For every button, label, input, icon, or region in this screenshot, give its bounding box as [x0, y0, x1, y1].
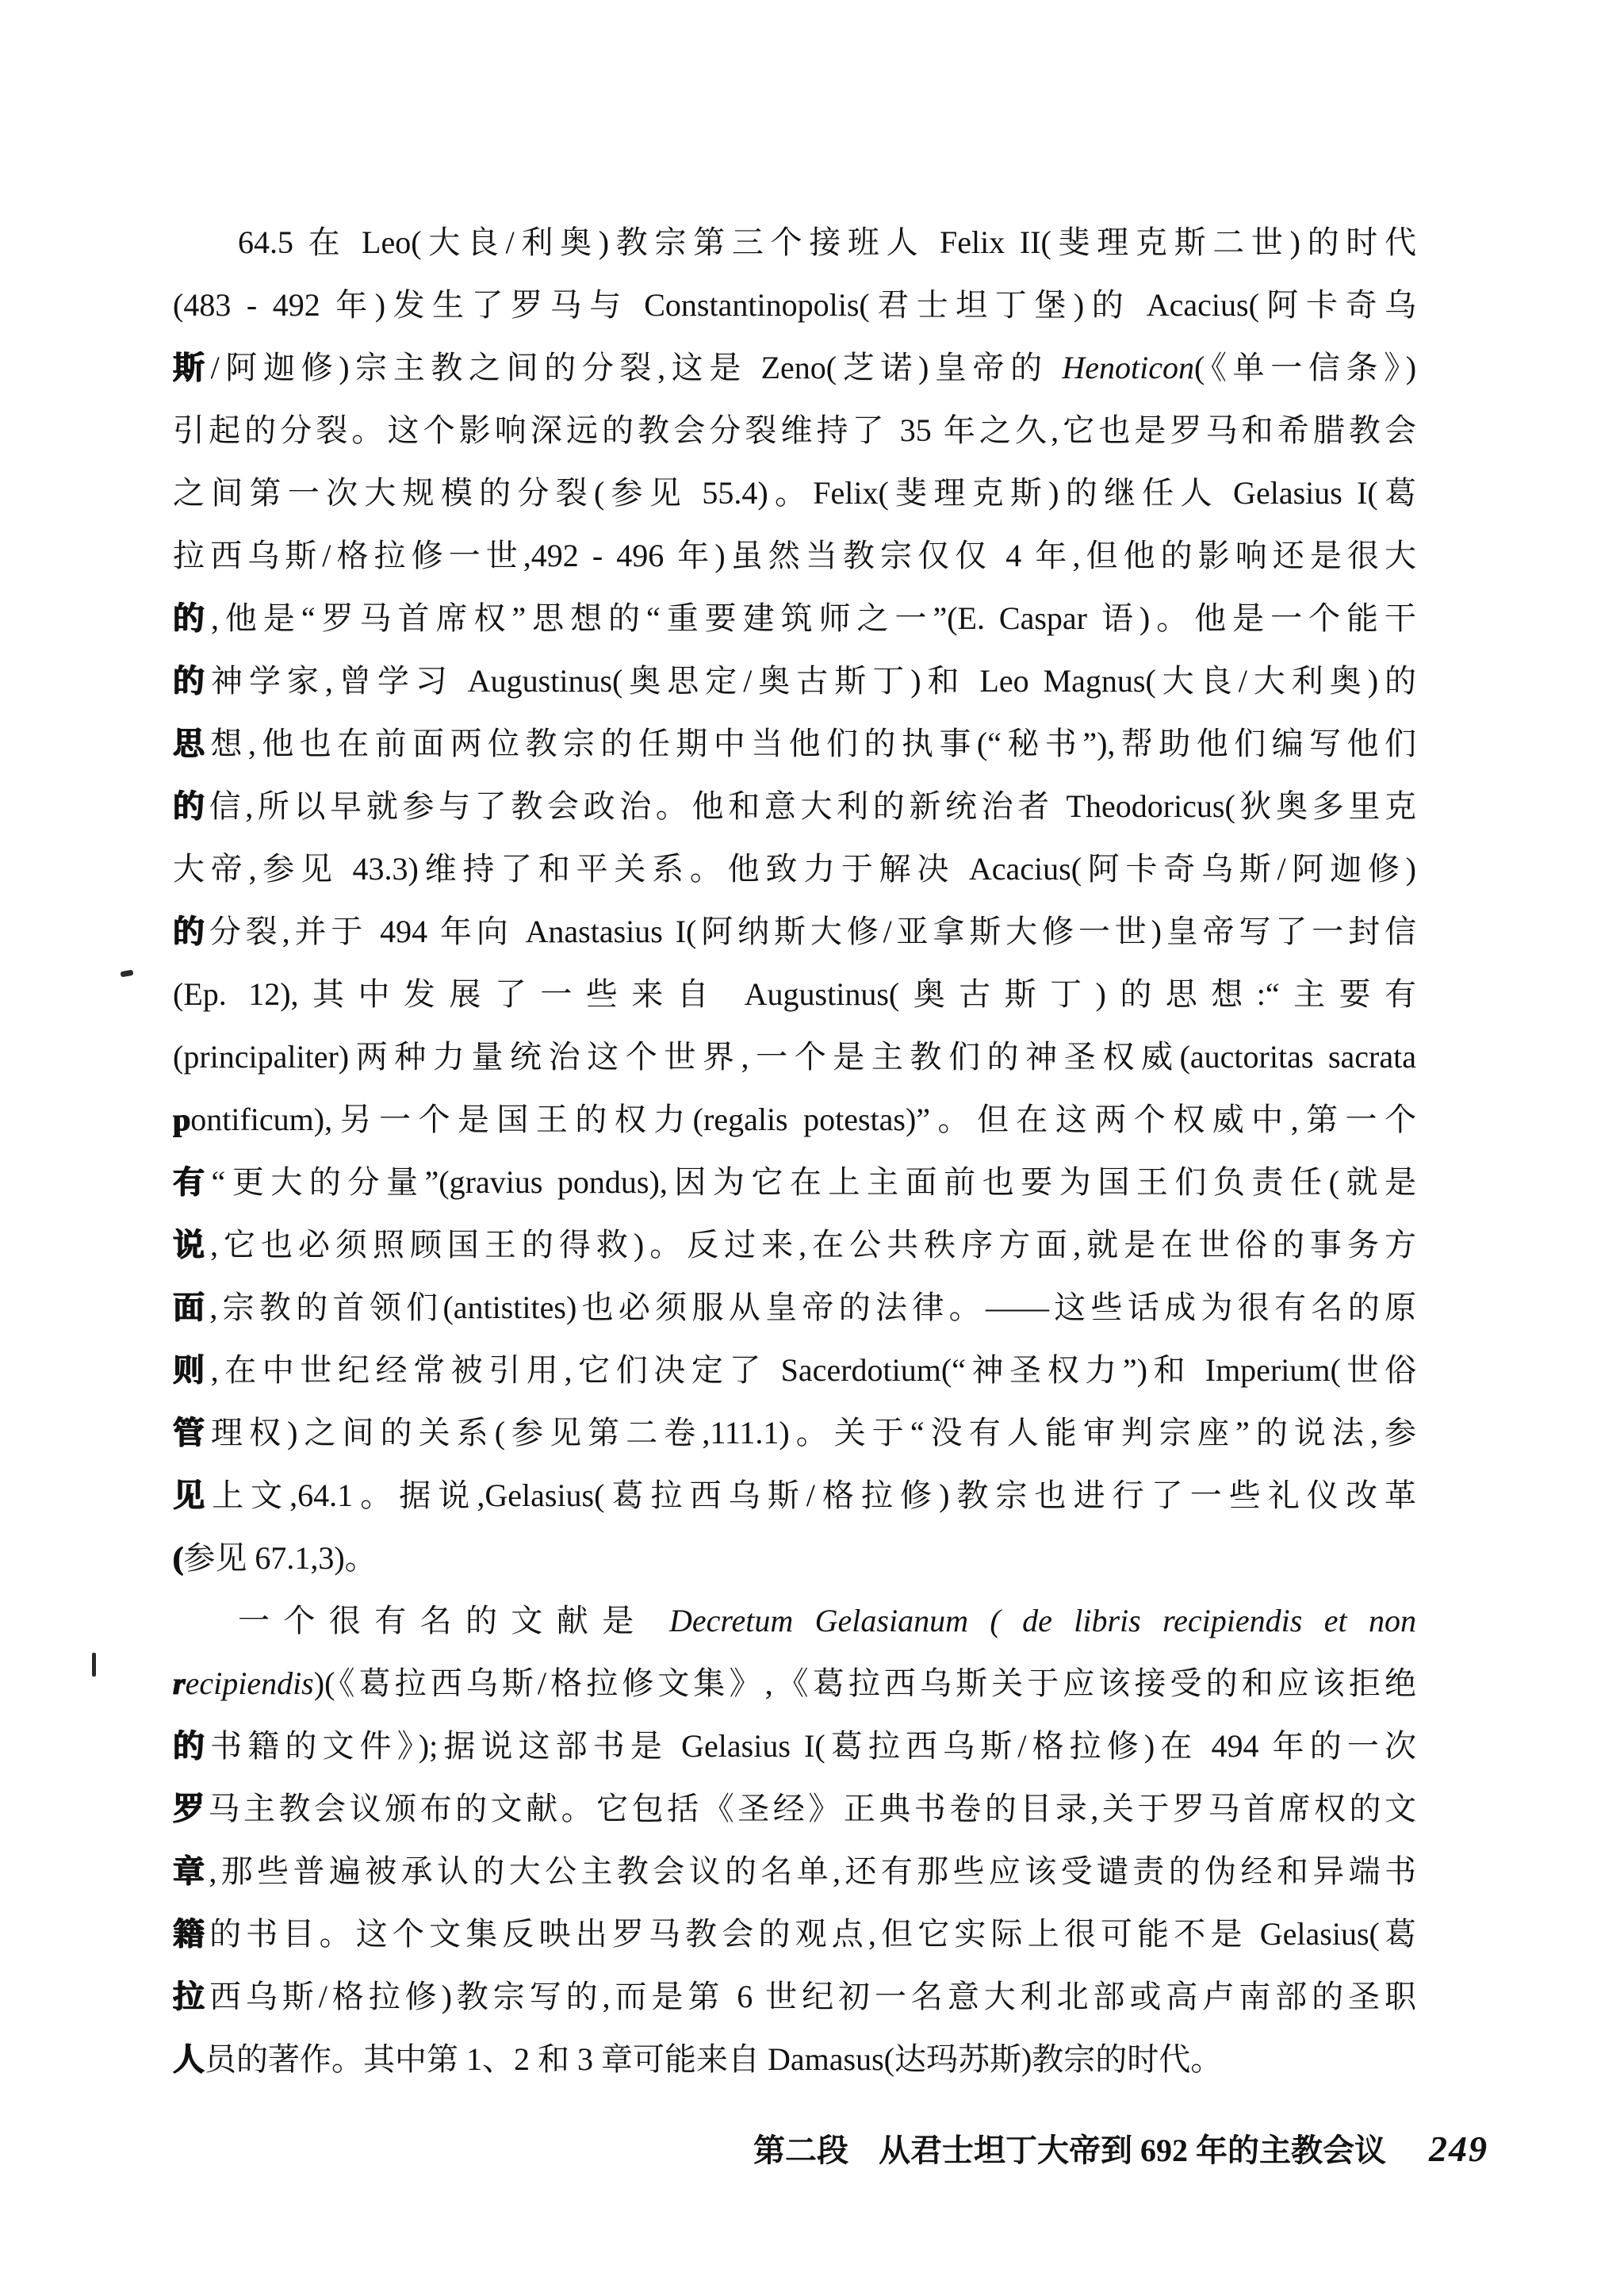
text-line-1: 64.5 在 Leo(大良/利奥)教宗第三个接班人 Felix II(斐理克斯二… [173, 211, 1416, 274]
text-line-14: (principaliter)两种力量统治这个世界,一个是主教们的神圣权威(au… [173, 1025, 1416, 1088]
heavy-ink-char: 管 [173, 1415, 211, 1450]
page-footer: 第二段 从君士坦丁大帝到 692 年的主教会议 249 [753, 2125, 1488, 2171]
heavy-ink-char: 思 [173, 726, 210, 761]
heavy-ink-char: 的 [173, 600, 211, 636]
heavy-ink-char: 面 [173, 1290, 209, 1325]
heavy-ink-char: 见 [173, 1477, 212, 1513]
text-line-3: 斯/阿迦修)宗主教之间的分裂,这是 Zeno(芝诺)皇帝的 Henoticon(… [173, 336, 1416, 399]
footer-section-label: 第二段 [753, 2125, 848, 2171]
heavy-ink-char: p [173, 1102, 190, 1137]
heavy-ink-char: 的 [173, 1728, 210, 1764]
heavy-ink-char: 说 [173, 1227, 210, 1263]
heavy-ink-char: 的 [173, 914, 209, 949]
heavy-ink-char: 有 [173, 1164, 212, 1200]
text-line-29: 拉西乌斯/格拉修)教宗写的,而是第 6 世纪初一名意大利北部或高卢南部的圣职 [173, 1965, 1416, 2028]
text-line-17: 说,它也必须照顾国王的得救)。反过来,在公共秩序方面,就是在世俗的事务方 [173, 1213, 1416, 1276]
text-line-8: 的神学家,曾学习 Augustinus(奥思定/奥古斯丁)和 Leo Magnu… [173, 650, 1416, 712]
text-line-26: 罗马主教会议颁布的文献。它包括《圣经》正典书卷的目录,关于罗马首席权的文 [173, 1777, 1416, 1840]
footer-section-title: 从君士坦丁大帝到 692 年的主教会议 [879, 2125, 1386, 2171]
heavy-ink-char: r [173, 1665, 186, 1701]
heavy-ink-char: 则 [173, 1352, 211, 1388]
heavy-ink-char: 斯 [173, 350, 211, 385]
text-line-20: 管理权)之间的关系(参见第二卷,111.1)。关于“没有人能审判宗座”的说法,参 [173, 1401, 1416, 1464]
heavy-ink-char: 章 [173, 1853, 209, 1889]
text-line-30: 人员的著作。其中第 1、2 和 3 章可能来自 Damasus(达玛苏斯)教宗的… [173, 2028, 1416, 2090]
text-line-19: 则,在中世纪经常被引用,它们决定了 Sacerdotium(“神圣权力”)和 I… [173, 1339, 1416, 1401]
scan-artifact-dash [121, 970, 134, 978]
heavy-ink-char: 籍 [173, 1916, 209, 1952]
text-line-28: 籍的书目。这个文集反映出罗马教会的观点,但它实际上很可能不是 Gelasius(… [173, 1903, 1416, 1965]
scanned-book-page: 64.5 在 Leo(大良/利奥)教宗第三个接班人 Felix II(斐理克斯二… [0, 0, 1624, 2284]
text-line-18: 面,宗教的首领们(antistites)也必须服从皇帝的法律。——这些话成为很有… [173, 1276, 1416, 1339]
text-line-25: 的书籍的文件》);据说这部书是 Gelasius I(葛拉西乌斯/格拉修)在 4… [173, 1715, 1416, 1777]
text-line-12: 的分裂,并于 494 年向 Anastasius I(阿纳斯大修/亚拿斯大修一世… [173, 900, 1416, 963]
heavy-ink-char: 人 [173, 2041, 205, 2077]
heavy-ink-char: 罗 [173, 1791, 209, 1826]
text-line-10: 的信,所以早就参与了教会政治。他和意大利的新统治者 Theodoricus(狄奥… [173, 775, 1416, 837]
heavy-ink-char: 的 [173, 788, 209, 824]
scan-artifact-tick [92, 1653, 96, 1677]
text-line-24: recipiendis)(《葛拉西乌斯/格拉修文集》,《葛拉西乌斯关于应该接受的… [173, 1652, 1416, 1715]
heavy-ink-char: 拉 [173, 1979, 209, 2014]
text-line-11: 大帝,参见 43.3)维持了和平关系。他致力于解决 Acacius(阿卡奇乌斯/… [173, 837, 1416, 900]
text-line-16: 有“更大的分量”(gravius pondus),因为它在上主面前也要为国王们负… [173, 1151, 1416, 1213]
text-line-9: 思想,他也在前面两位教宗的任期中当他们的执事(“秘书”),帮助他们编写他们 [173, 712, 1416, 775]
text-line-21: 见上文,64.1。据说,Gelasius(葛拉西乌斯/格拉修)教宗也进行了一些礼… [173, 1464, 1416, 1527]
text-line-5: 之间第一次大规模的分裂(参见 55.4)。Felix(斐理克斯)的继任人 Gel… [173, 462, 1416, 524]
text-line-27: 章,那些普遍被承认的大公主教会议的名单,还有那些应该受谴责的伪经和异端书 [173, 1840, 1416, 1903]
heavy-ink-char: 的 [173, 663, 211, 699]
text-line-2: (483 - 492 年)发生了罗马与 Constantinopolis(君士坦… [173, 274, 1416, 336]
text-line-7: 的,他是“罗马首席权”思想的“重要建筑师之一”(E. Caspar 语)。他是一… [173, 587, 1416, 650]
text-line-22: (参见 67.1,3)。 [173, 1527, 1416, 1589]
text-line-15: pontificum),另一个是国王的权力(regalis potestas)”… [173, 1088, 1416, 1151]
heavy-ink-char: ( [173, 1540, 183, 1576]
text-line-23: 一个很有名的文献是 Decretum Gelasianum ( de libri… [173, 1589, 1416, 1652]
text-block: 64.5 在 Leo(大良/利奥)教宗第三个接班人 Felix II(斐理克斯二… [173, 211, 1416, 2090]
text-line-6: 拉西乌斯/格拉修一世,492 - 496 年)虽然当教宗仅仅 4 年,但他的影响… [173, 524, 1416, 587]
text-line-4: 引起的分裂。这个影响深远的教会分裂维持了 35 年之久,它也是罗马和希腊教会 [173, 399, 1416, 462]
text-line-13: (Ep. 12),其中发展了一些来自 Augustinus(奥古斯丁)的思想:“… [173, 963, 1416, 1025]
page-number: 249 [1429, 2128, 1488, 2170]
